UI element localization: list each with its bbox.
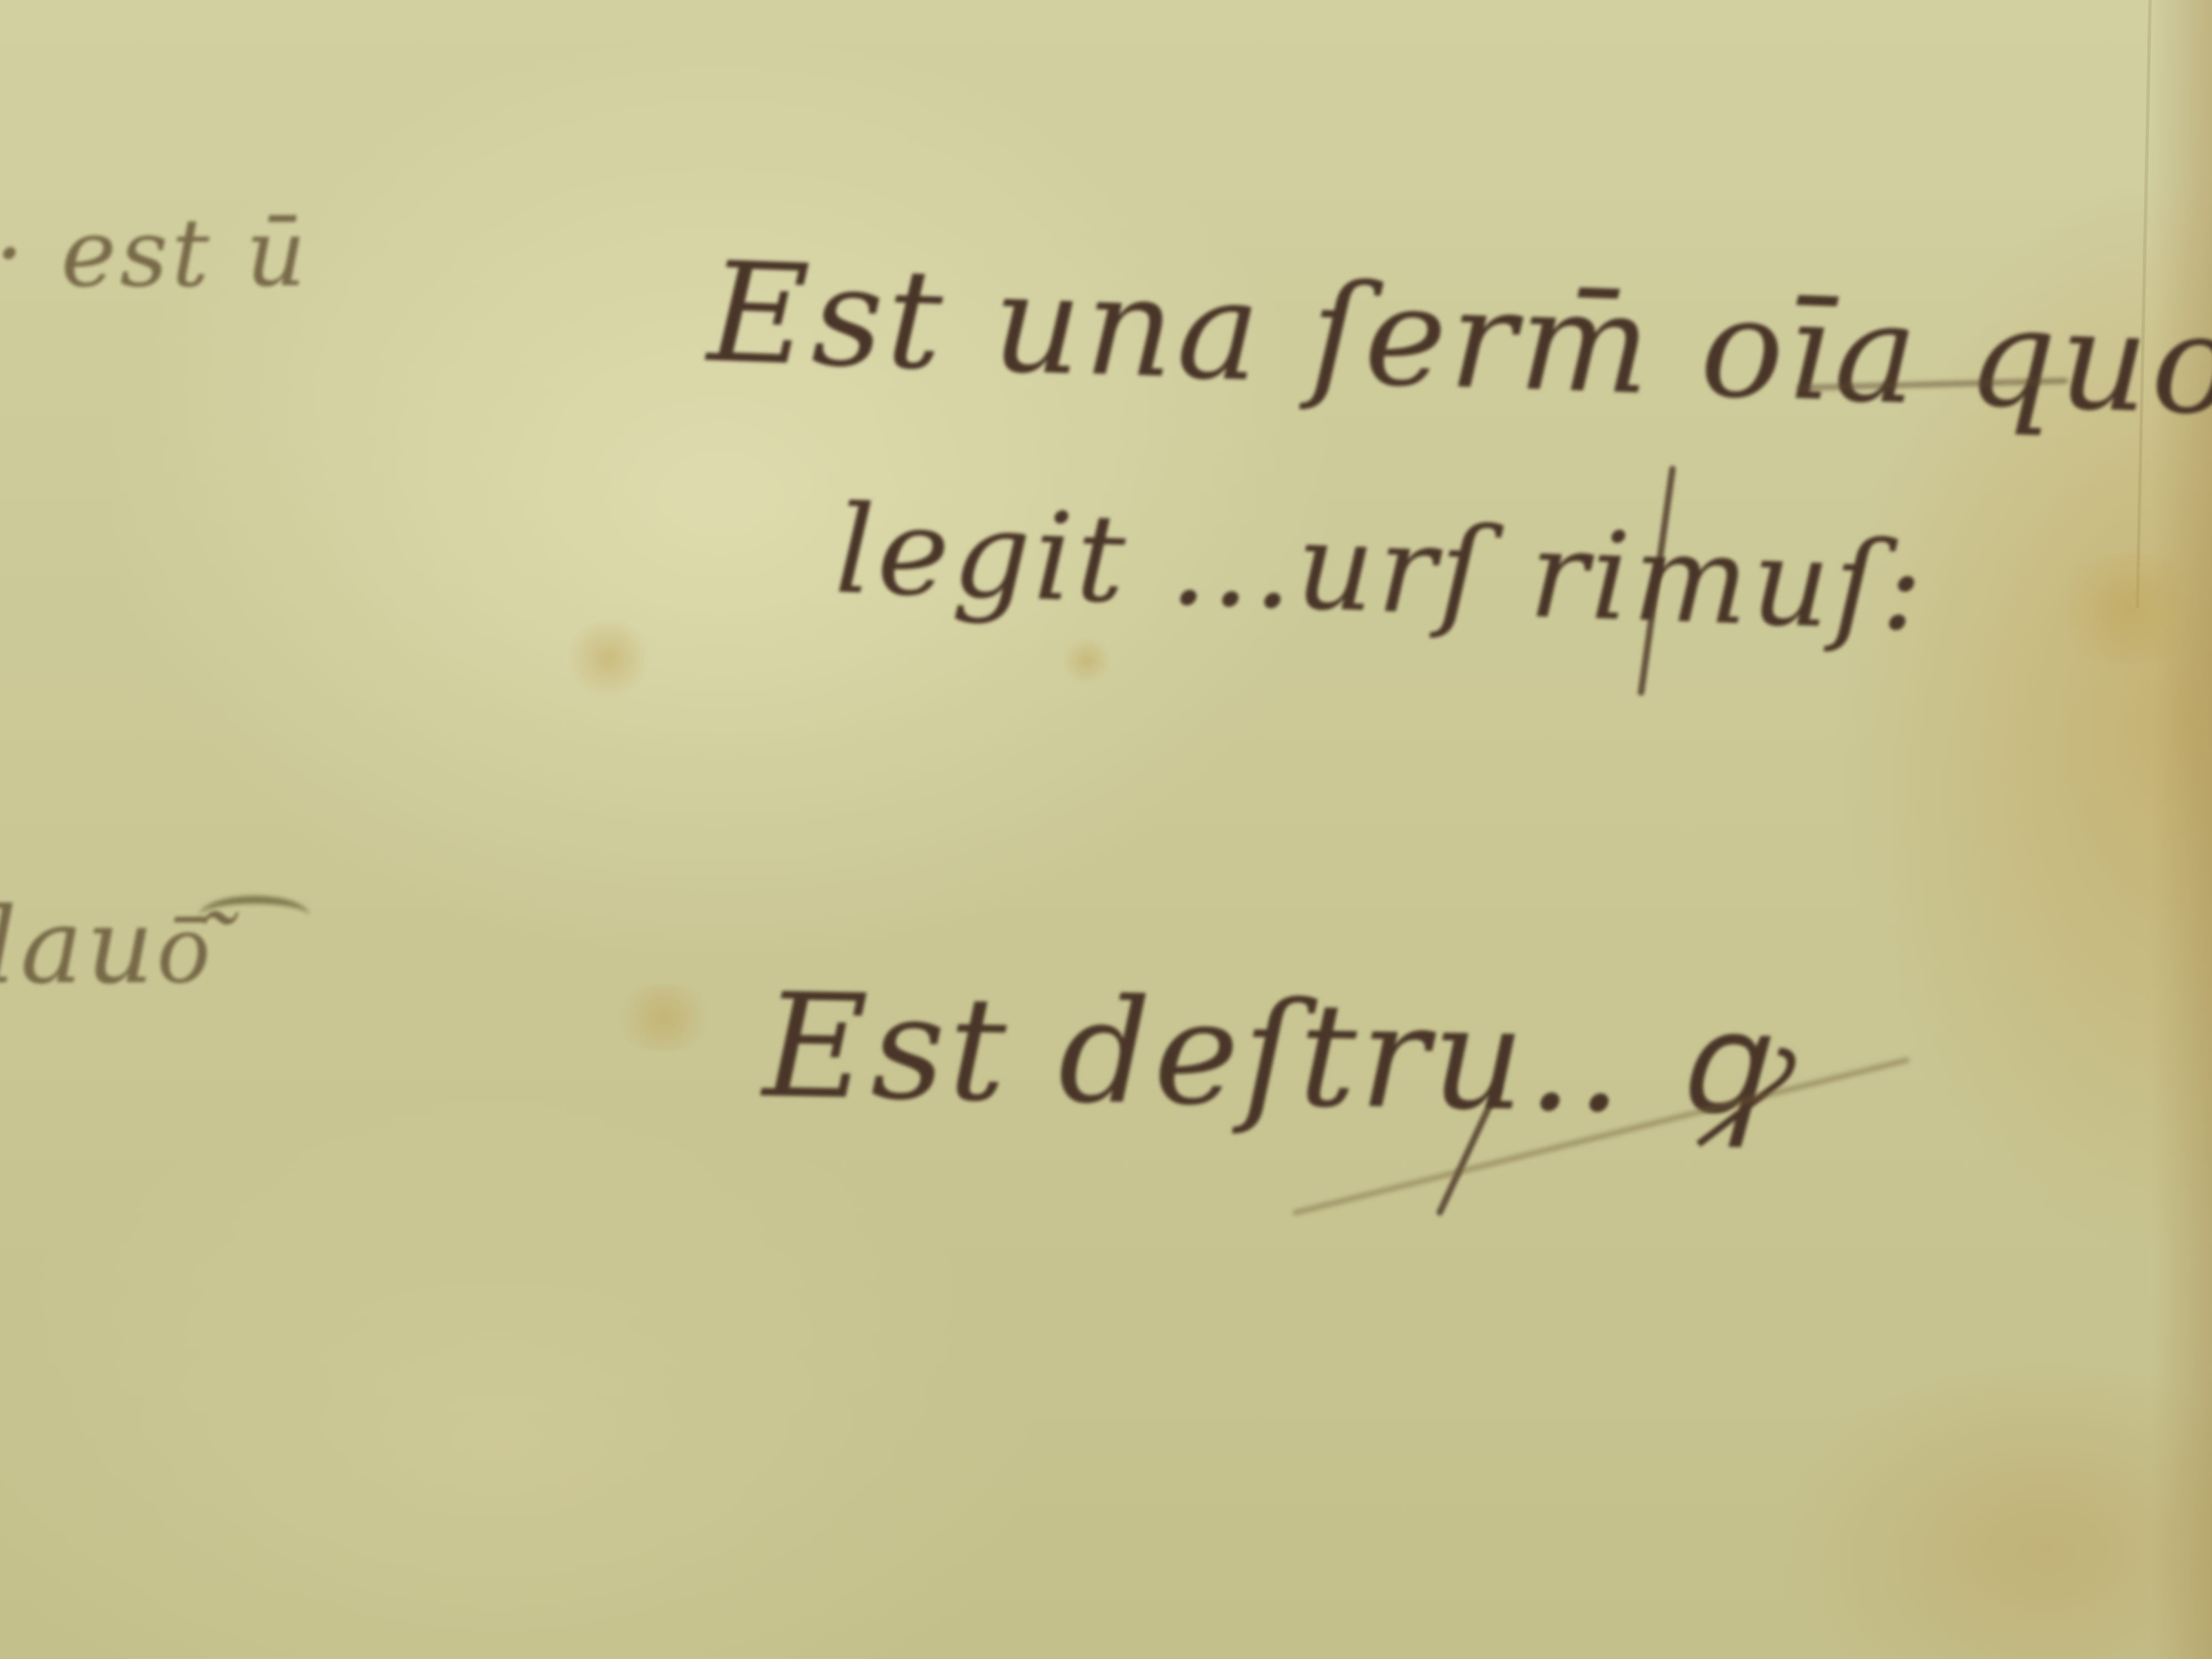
parchment-page: · est ū lauō͂ Est una ſerm̄ oīa quod leg… <box>0 0 2212 1659</box>
gloss-line-2: legit ...urſ rimuſ: <box>833 479 1928 659</box>
margin-text-fragment-lower: lauō͂ <box>0 885 213 1008</box>
abbreviation-mark <box>199 896 310 937</box>
gloss-line-1: Est una ſerm̄ oīa quod <box>706 232 2212 449</box>
water-stain <box>2046 553 2212 664</box>
foxing-stain <box>564 619 653 697</box>
page-edge-shadow <box>2151 0 2212 1659</box>
foxing-stain <box>608 984 719 1051</box>
gloss-line-3: Est deſtru.. ꝙ <box>761 942 1788 1156</box>
margin-text-fragment-upper: · est ū <box>0 199 310 309</box>
foxing-stain <box>1062 636 1112 686</box>
